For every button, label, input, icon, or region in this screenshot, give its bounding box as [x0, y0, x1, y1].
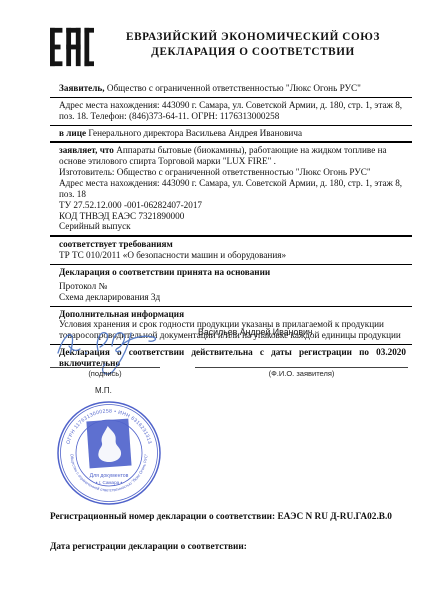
eac-logo-icon [50, 27, 94, 67]
doc-title: ДЕКЛАРАЦИЯ О СООТВЕТСТВИИ [94, 45, 412, 60]
applicant-full-name: Васильев Андрей Иванович [198, 327, 313, 337]
regulation-line: ТР ТС 010/2011 «О безопасности машин и о… [59, 250, 406, 261]
tu-line: ТУ 27.52.12.000 -001-06282407-2017 [59, 200, 406, 211]
manufacturer-line: Изготовитель: Общество с ограниченной от… [59, 167, 406, 178]
document-title: ЕВРАЗИЙСКИЙ ЭКОНОМИЧЕСКИЙ СОЮЗ ДЕКЛАРАЦИ… [94, 26, 412, 67]
declaration-document: ЕВРАЗИЙСКИЙ ЭКОНОМИЧЕСКИЙ СОЮЗ ДЕКЛАРАЦИ… [0, 0, 423, 600]
scheme-line: Схема декларирования 3д [59, 292, 406, 303]
registration-date-label: Дата регистрации декларации о соответств… [50, 542, 247, 552]
applicant-label: Заявитель, [59, 83, 105, 93]
applicant-address: Адрес места нахождения: 443090 г. Самара… [59, 100, 402, 121]
signature-line [50, 367, 160, 368]
registration-number-label: Регистрационный номер декларации о соотв… [50, 512, 275, 522]
registration-number-value: ЕАЭС N RU Д-RU.ГА02.В.0 [275, 512, 392, 522]
applicant-row: Заявитель, Общество с ограниченной ответ… [50, 81, 412, 98]
representative-row: в лице Генерального директора Васильева … [50, 126, 412, 144]
stamp-city-text: • г. Самара • [96, 480, 123, 485]
tnved-line: КОД ТНВЭД ЕАЭС 7321890000 [59, 211, 406, 222]
applicant-address-row: Адрес места нахождения: 443090 г. Самара… [50, 98, 412, 126]
seal-place-mark: М.П. [95, 386, 112, 395]
applicant-name-text: Общество с ограниченной ответственностью… [105, 83, 361, 93]
company-stamp: ОГРН 1176313000258 • ИНН 6316231313 Обще… [56, 400, 162, 506]
product-row: заявляет, что Аппараты бытовые (биокамин… [50, 143, 412, 237]
signature-area: (подпись) Васильев Андрей Иванович (Ф.И.… [50, 322, 412, 510]
in-person-name: Генерального директора Васильева Андрея … [86, 128, 302, 138]
signature-caption: (подпись) [50, 370, 160, 379]
compliance-row: соответствует требованиям ТР ТС 010/2011… [50, 237, 412, 265]
additional-info-heading: Дополнительная информация [59, 309, 406, 320]
document-header: ЕВРАЗИЙСКИЙ ЭКОНОМИЧЕСКИЙ СОЮЗ ДЕКЛАРАЦИ… [50, 26, 412, 67]
protocol-line: Протокол № [59, 281, 406, 292]
union-title: ЕВРАЗИЙСКИЙ ЭКОНОМИЧЕСКИЙ СОЮЗ [94, 30, 412, 45]
release-type-line: Серийный выпуск [59, 221, 406, 232]
compliance-heading: соответствует требованиям [59, 239, 406, 250]
manufacturer-address-line: Адрес места нахождения: 443090 г. Самара… [59, 178, 406, 200]
basis-heading: Декларация о соответствии принята на осн… [59, 267, 406, 278]
name-line [195, 367, 408, 368]
stamp-purpose-text: Для документов [90, 473, 129, 479]
registration-date-row: Дата регистрации декларации о соответств… [50, 542, 247, 553]
product-description-line: заявляет, что Аппараты бытовые (биокамин… [59, 145, 406, 167]
in-person-label: в лице [59, 128, 86, 138]
registration-number-row: Регистрационный номер декларации о соотв… [50, 512, 412, 523]
name-caption: (Ф.И.О. заявителя) [195, 370, 408, 379]
declares-label: заявляет, что [59, 145, 114, 155]
basis-row: Декларация о соответствии принята на осн… [50, 265, 412, 307]
